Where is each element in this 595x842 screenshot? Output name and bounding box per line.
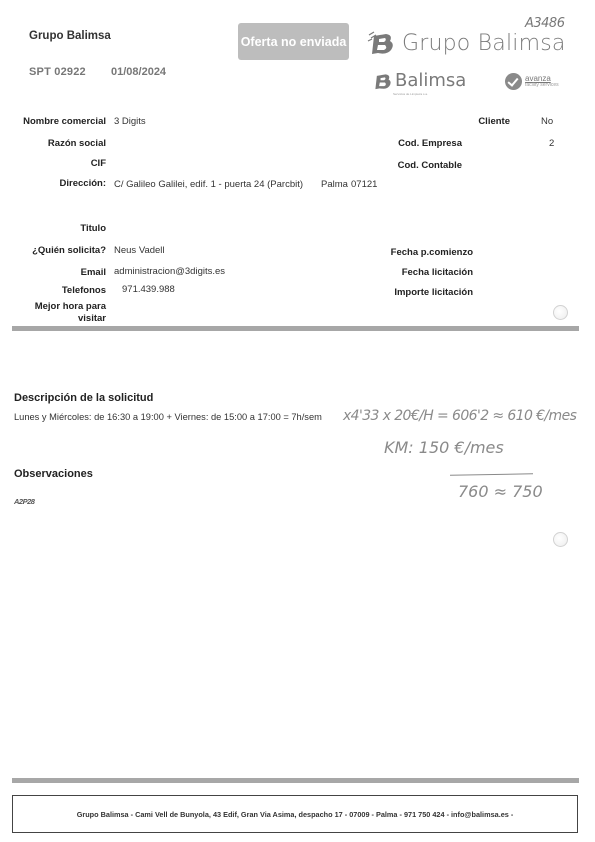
label-fecha-licitacion: Fecha licitación <box>370 267 473 278</box>
document-date: 01/08/2024 <box>111 66 166 78</box>
value-email: administracion@3digits.es <box>114 266 225 277</box>
avanza-logo: avanza facility services <box>505 73 559 90</box>
label-nombre-comercial: Nombre comercial <box>10 116 106 127</box>
handwritten-calc-line1: x4'33 x 20€/H = 606'2 ≈ 610 €/mes <box>343 408 576 424</box>
balimsa-b-icon <box>366 30 396 56</box>
descripcion-text: Lunes y Miércoles: de 16:30 a 19:00 + Vi… <box>14 412 322 422</box>
value-postal-code: 07121 <box>351 179 377 190</box>
value-quien-solicita: Neus Vadell <box>114 245 165 256</box>
footer-divider <box>12 778 579 783</box>
value-nombre-comercial: 3 Digits <box>114 116 146 127</box>
value-city: Palma <box>321 179 348 190</box>
balimsa-logo: Balimsa Servicios de Limpieza s.a. <box>371 70 466 91</box>
label-razon-social: Razón social <box>10 138 106 149</box>
status-badge: Oferta no enviada <box>238 23 349 60</box>
grupo-balimsa-logo: Grupo Balimsa <box>366 30 566 56</box>
radio-button[interactable] <box>553 305 568 320</box>
company-name: Grupo Balimsa <box>29 30 111 42</box>
label-email: Email <box>10 267 106 278</box>
footer-box: Grupo Balimsa - Cami Vell de Bunyola, 43… <box>12 795 578 833</box>
label-cod-empresa: Cod. Empresa <box>370 138 462 149</box>
label-cliente: Cliente <box>440 116 510 127</box>
observaciones-stamp: A2P28 <box>14 497 34 506</box>
label-fecha-comienzo: Fecha p.comienzo <box>370 247 473 258</box>
footer-text: Grupo Balimsa - Cami Vell de Bunyola, 43… <box>77 810 514 819</box>
avanza-check-icon <box>505 73 522 90</box>
label-mejor-hora: Mejor hora para visitar <box>10 301 106 325</box>
descripcion-title: Descripción de la solicitud <box>14 392 153 404</box>
label-cif: CIF <box>10 158 106 169</box>
label-telefonos: Telefonos <box>10 285 106 296</box>
handwritten-reference: A3486 <box>525 16 564 31</box>
logo-main-text: Grupo Balimsa <box>402 31 566 56</box>
value-cliente: No <box>541 116 553 127</box>
radio-button-2[interactable] <box>553 532 568 547</box>
handwritten-total: 760 ≈ 750 <box>458 482 543 501</box>
label-direccion: Dirección: <box>10 178 106 189</box>
label-importe-licitacion: Importe licitación <box>370 287 473 298</box>
handwritten-calc-line2: KM: 150 €/mes <box>384 438 504 457</box>
label-titulo: Titulo <box>10 223 106 234</box>
handwritten-sum-line <box>450 473 533 475</box>
value-direccion: C/ Galileo Galilei, edif. 1 - puerta 24 … <box>114 179 303 190</box>
spt-code: SPT 02922 <box>29 66 86 78</box>
value-telefonos: 971.439.988 <box>122 284 175 295</box>
label-mejor-hora-line1: Mejor hora para <box>10 301 106 313</box>
section-divider <box>12 326 579 331</box>
logo-sub1-text: Balimsa <box>395 70 466 91</box>
label-quien-solicita: ¿Quién solicita? <box>10 245 106 256</box>
observaciones-title: Observaciones <box>14 468 93 480</box>
value-cod-empresa: 2 <box>549 138 554 149</box>
balimsa-b-small-icon <box>371 71 393 91</box>
label-mejor-hora-line2: visitar <box>10 313 106 325</box>
logo-sub1-tagline: Servicios de Limpieza s.a. <box>393 92 428 96</box>
label-cod-contable: Cod. Contable <box>370 160 462 171</box>
avanza-tagline: facility services <box>525 83 559 88</box>
